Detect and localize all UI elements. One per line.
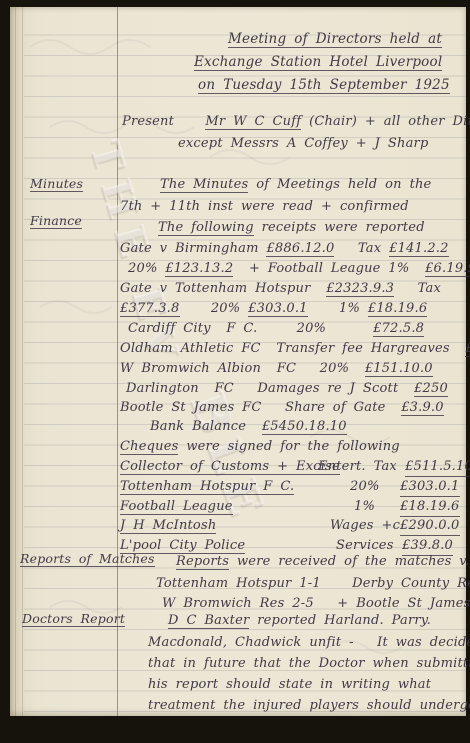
text: Tottenham Hotspur 1-1 Derby County Res 2… (156, 576, 470, 591)
text: Macdonald, Chadwick unfit - It was decid… (148, 635, 470, 650)
line-text: 20% £123.13.2 + Football League 1% £6.19… (128, 260, 470, 278)
reports-of-matches-line: Tottenham Hotspur 1-1 Derby County Res 2… (0, 575, 470, 596)
heading-line: on Tuesday 15th September 1925 (0, 76, 470, 97)
text: 1% (354, 498, 375, 516)
finance-line: Football League1%£18.19.6 (0, 498, 470, 519)
heading-line: Exchange Station Hotel Liverpool (0, 53, 470, 74)
line-text: Exchange Station Hotel Liverpool (194, 53, 442, 71)
line-text: Gate v Birmingham £886.12.0 Tax £141.2.2 (120, 240, 449, 258)
text: Gate v Birmingham (120, 241, 266, 256)
underlined-text: £290.0.0 (400, 517, 460, 536)
present-line: except Messrs A Coffey + J Sharp (0, 135, 470, 156)
line-text: Bootle St James FC Share of Gate £3.9.0 (120, 399, 444, 417)
finance-line: J H McIntoshWages +c£290.0.0 (0, 517, 470, 538)
underlined-text: £123.13.2 (165, 261, 233, 277)
line-text: Present Mr W C Cuff (Chair) + all other … (122, 113, 470, 131)
underlined-text: £18.19.6 (400, 498, 460, 517)
present-line: Present Mr W C Cuff (Chair) + all other … (0, 113, 470, 134)
finance-line: The following receipts were reported (0, 219, 470, 240)
finance-line: £377.3.8 20% £303.0.1 1% £18.19.6 (0, 300, 470, 321)
finance-line: Darlington FC Damages re J Scott £250 (0, 380, 470, 401)
text: Darlington FC Damages re J Scott (126, 381, 414, 396)
underlined-text: £72.5.8 (373, 321, 424, 337)
line-text: Bank Balance £5450.18.10 (150, 418, 347, 436)
underlined-text: D C Baxter (168, 613, 249, 629)
underlined-text: £250 (414, 381, 448, 397)
text: receipts were reported (254, 220, 425, 235)
text: of Meetings held on the (248, 177, 431, 192)
text: Present (122, 114, 205, 129)
text: Oldham Athletic FC Transfer fee Hargreav… (120, 341, 465, 356)
finance-line: Gate v Birmingham £886.12.0 Tax £141.2.2 (0, 240, 470, 261)
underlined-text: The Minutes (160, 177, 248, 193)
underlined-text: on Tuesday 15th September 1925 (198, 77, 450, 94)
text: Gate v Tottenham Hotspur (120, 281, 326, 296)
text: except Messrs A Coffey + J Sharp (178, 136, 428, 151)
line-text: Darlington FC Damages re J Scott £250 (126, 380, 448, 398)
line-text: Oldham Athletic FC Transfer fee Hargreav… (120, 340, 470, 358)
handwriting-layer: Meeting of Directors held atExchange Sta… (0, 0, 470, 743)
text: W Bromwich Res 2-5 + Bootle St James 3-2 (162, 596, 470, 611)
finance-line: Bootle St James FC Share of Gate £3.9.0 (0, 399, 470, 420)
underlined-text: £2323.9.3 (326, 281, 394, 297)
underlined-text: £18.19.6 (368, 301, 428, 317)
text: W Bromwich Albion FC 20% (120, 361, 365, 376)
line-text: Cardiff City F C. 20% £72.5.8 (128, 320, 424, 338)
underlined-text: £377.3.8 (120, 301, 180, 317)
finance-line: Tottenham Hotspur F C.20%£303.0.1 (0, 478, 470, 499)
line-text: The Minutes of Meetings held on the (160, 176, 431, 194)
finance-line: Cardiff City F C. 20% £72.5.8 (0, 320, 470, 341)
line-text: Gate v Tottenham Hotspur £2323.9.3 Tax (120, 280, 441, 298)
underlined-text: Mr W C Cuff (205, 114, 301, 130)
finance-line: Cheques were signed for the following (0, 438, 470, 459)
text: Tax (334, 241, 389, 256)
underlined-text: £303.0.1 (400, 478, 460, 497)
text: Bank Balance (150, 419, 262, 434)
line-text: except Messrs A Coffey + J Sharp (178, 135, 428, 153)
doctors-report-line: D C Baxter reported Harland. Parry. (0, 612, 470, 633)
heading-line: Meeting of Directors held at (0, 30, 470, 51)
finance-line: W Bromwich Albion FC 20% £151.10.0 (0, 360, 470, 381)
finance-line: Oldham Athletic FC Transfer fee Hargreav… (0, 340, 470, 361)
text: 20% (350, 478, 380, 496)
underlined-text: Football League (120, 499, 233, 515)
underlined-text: J H McIntosh (120, 518, 216, 534)
line-text: J H McIntosh (120, 517, 216, 535)
text: his report should state in writing what (148, 677, 431, 692)
minutes-line: The Minutes of Meetings held on the (0, 176, 470, 197)
line-text: Meeting of Directors held at (228, 30, 442, 48)
text: Cardiff City F C. 20% (128, 321, 373, 336)
text: were received of the matches v. (229, 554, 470, 569)
text: Tax (394, 281, 441, 296)
underlined-text: £3.9.0 (401, 400, 444, 416)
underlined-text: Collector of Customs + Excise (120, 459, 340, 475)
text: Wages +c (330, 517, 400, 535)
line-text: Tottenham Hotspur 1-1 Derby County Res 2… (156, 575, 470, 593)
reports-of-matches-line: Reports were received of the matches v. (0, 553, 470, 574)
line-text: W Bromwich Albion FC 20% £151.10.0 (120, 360, 433, 378)
text: 1% (308, 301, 368, 316)
finance-line: Gate v Tottenham Hotspur £2323.9.3 Tax (0, 280, 470, 301)
finance-line: Bank Balance £5450.18.10 (0, 418, 470, 439)
line-text: on Tuesday 15th September 1925 (198, 76, 450, 94)
text: were signed for the following (178, 439, 399, 454)
underlined-text: £141.2.2 (389, 241, 449, 257)
underlined-text: £151.10.0 (365, 361, 433, 377)
line-text: Tottenham Hotspur F C. (120, 478, 294, 496)
text: that in future that the Doctor when subm… (148, 656, 470, 671)
line-text: D C Baxter reported Harland. Parry. (168, 612, 431, 630)
text: treatment the injured players should und… (148, 698, 470, 713)
text: (Chair) + all other Directors (301, 114, 470, 129)
line-text: treatment the injured players should und… (148, 697, 470, 715)
doctors-report-line: that in future that the Doctor when subm… (0, 655, 470, 676)
underlined-text: Exchange Station Hotel Liverpool (194, 54, 442, 71)
line-text: that in future that the Doctor when subm… (148, 655, 470, 673)
text: 20% (128, 261, 165, 276)
doctors-report-line: Macdonald, Chadwick unfit - It was decid… (0, 634, 470, 655)
underlined-text: £5450.18.10 (262, 419, 347, 435)
underlined-text: £6.19.9 (425, 261, 470, 277)
underlined-text: Cheques (120, 439, 178, 455)
text: + Football League 1% (233, 261, 425, 276)
underlined-text: £511.5.10 (405, 458, 470, 477)
underlined-text: The following (158, 220, 254, 236)
text: Bootle St James FC Share of Gate (120, 400, 401, 415)
underlined-text: Tottenham Hotspur F C. (120, 479, 294, 495)
line-text: Football League (120, 498, 233, 516)
line-text: £377.3.8 20% £303.0.1 1% £18.19.6 (120, 300, 427, 318)
text: reported Harland. Parry. (249, 613, 431, 628)
underlined-text: Reports (176, 554, 229, 570)
finance-line: 20% £123.13.2 + Football League 1% £6.19… (0, 260, 470, 281)
line-text: Reports were received of the matches v. (176, 553, 470, 571)
doctors-report-line: treatment the injured players should und… (0, 697, 470, 718)
doctors-report-line: his report should state in writing what (0, 676, 470, 697)
text: 20% (180, 301, 249, 316)
line-text: Collector of Customs + Excise (120, 458, 340, 476)
underlined-text: £303.0.1 (248, 301, 308, 317)
minute-book-photo: THE EVBLE Meeting of Directors held atEx… (0, 0, 470, 743)
finance-line: Collector of Customs + ExciseEntert. Tax… (0, 458, 470, 479)
underlined-text: £250 (465, 341, 470, 357)
line-text: his report should state in writing what (148, 676, 431, 694)
text: Entert. Tax (318, 458, 397, 476)
underlined-text: Meeting of Directors held at (228, 31, 442, 48)
line-text: Cheques were signed for the following (120, 438, 400, 456)
line-text: The following receipts were reported (158, 219, 425, 237)
line-text: Macdonald, Chadwick unfit - It was decid… (148, 634, 470, 652)
underlined-text: £886.12.0 (266, 241, 334, 257)
